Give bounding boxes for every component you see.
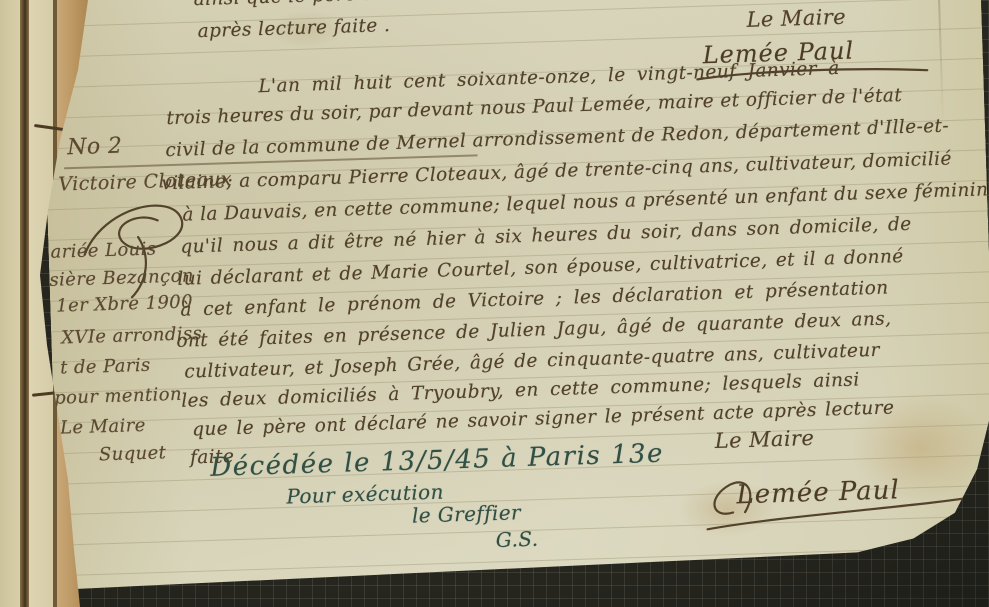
margin-line: ariée Louis	[50, 238, 157, 262]
gutter-crease	[20, 0, 29, 607]
death-note-line: le Greffier	[412, 500, 522, 527]
margin-line: t de Paris	[60, 355, 151, 379]
closing-title: Le Maire	[714, 426, 814, 453]
register-page: ainsi que le père ont déclaré ne savoir …	[40, 0, 989, 590]
margin-line: 1er Xbre 1900	[56, 291, 193, 316]
death-note-initials: G.S.	[495, 527, 538, 552]
margin-line: Le Maire	[60, 415, 146, 439]
margin-signature: Suquet	[99, 442, 167, 465]
act-number: No 2	[67, 134, 123, 161]
scanned-register-photo: ainsi que le père ont déclaré ne savoir …	[0, 0, 989, 607]
previous-page-edge	[0, 0, 20, 607]
closing-title: Le Maire	[746, 5, 846, 32]
margin-line: pour mention	[54, 384, 182, 409]
